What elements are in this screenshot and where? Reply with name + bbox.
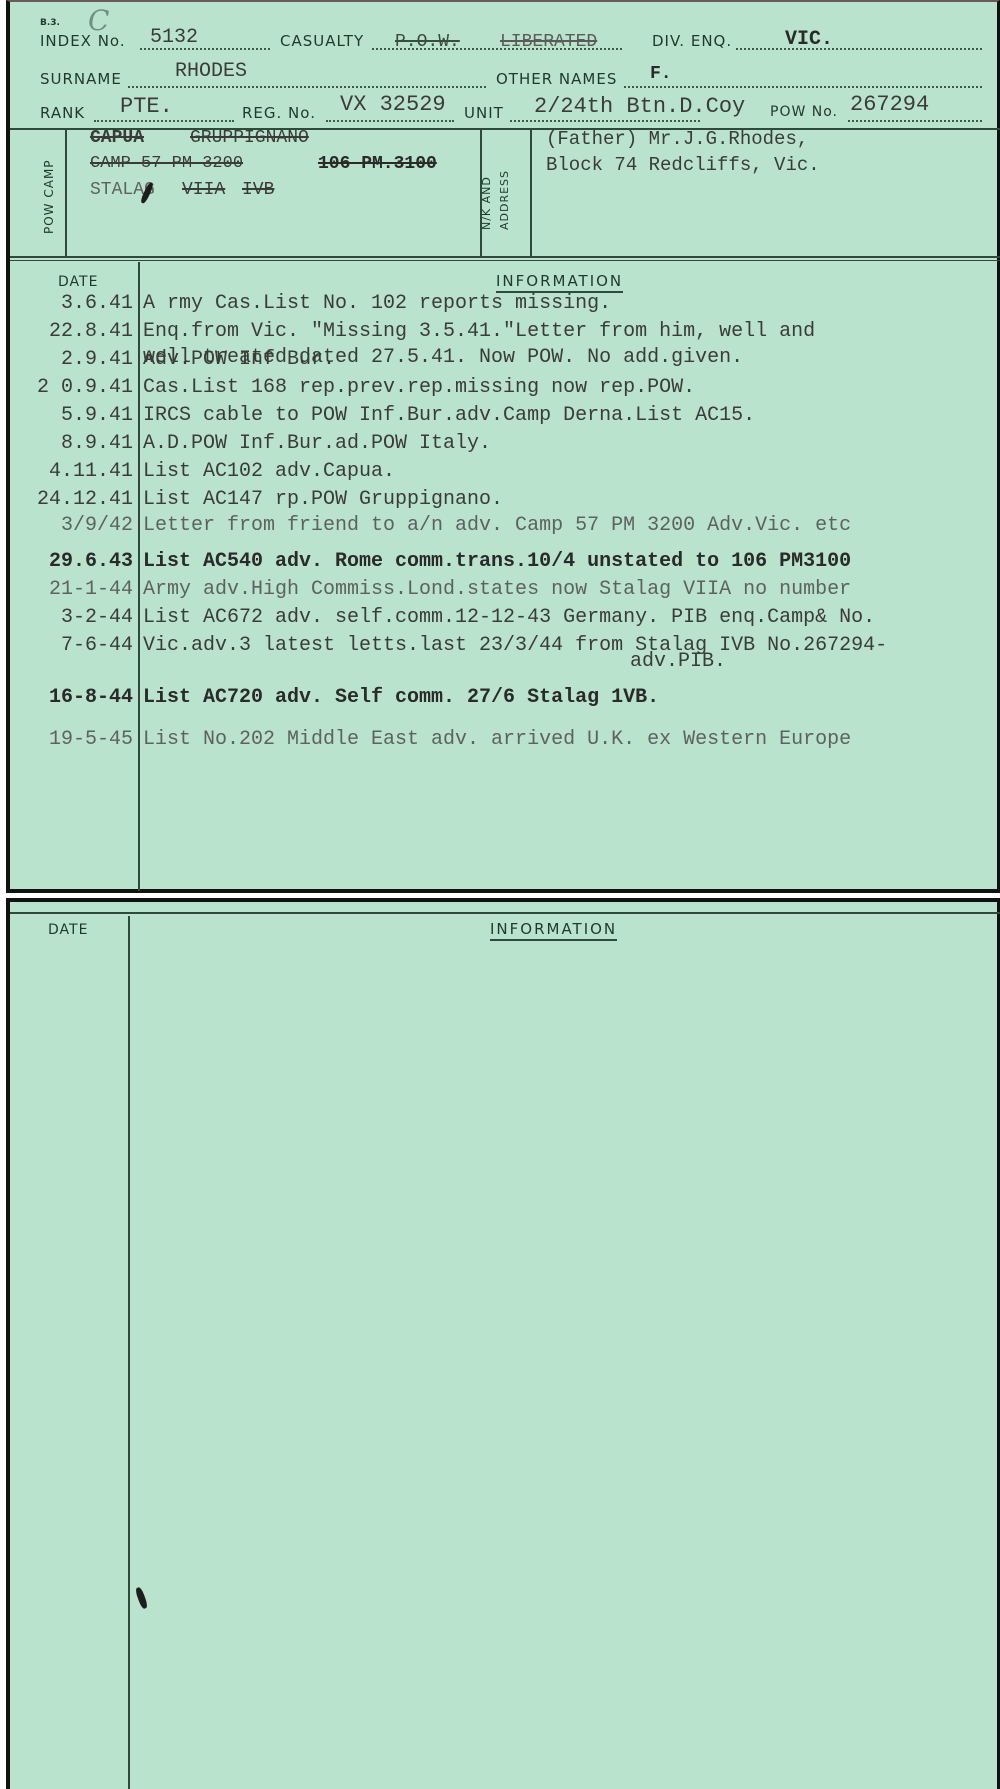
entry-info: Enq.from Vic. "Missing 3.5.41."Letter fr… (143, 320, 815, 343)
pow-no-value: 267294 (850, 92, 929, 117)
camp-capua: CAPUA (90, 128, 144, 148)
surname-label: SURNAME (40, 70, 122, 88)
entry-info: List AC720 adv. Self comm. 27/6 Stalag 1… (143, 686, 659, 709)
unit-value: 2/24th Btn.D.Coy (534, 94, 745, 119)
nok-line-2: Block 74 Redcliffs, Vic. (546, 154, 820, 176)
entry-date: 16-8-44 (10, 686, 133, 709)
entry-info: A.D.POW Inf.Bur.ad.POW Italy. (143, 432, 491, 455)
entry-info: List No.202 Middle East adv. arrived U.K… (143, 728, 851, 751)
ink-mark (134, 1586, 148, 1609)
entry-date: 4.11.41 (10, 460, 133, 483)
back-information-header: INFORMATION (490, 920, 617, 941)
casualty-label: CASUALTY (280, 32, 364, 50)
reg-no-value: VX 32529 (340, 92, 446, 117)
div-enq-label: DIV. ENQ. (652, 32, 732, 50)
date-header: DATE (58, 274, 98, 290)
entry-info: IRCS cable to POW Inf.Bur.adv.Camp Derna… (143, 404, 755, 427)
pow-camp-label: POW CAMP (42, 159, 56, 234)
other-names-value: F. (650, 64, 672, 84)
entry-info: List AC102 adv.Capua. (143, 460, 395, 483)
rank-label: RANK (40, 104, 85, 122)
entry-date: 3.6.41 (10, 292, 133, 315)
entry-date: 5.9.41 (10, 404, 133, 427)
entry-info: Vic.adv.3 latest letts.last 23/3/44 from… (143, 634, 887, 657)
index-no-label: INDEX No. (40, 32, 126, 50)
camp-stalag-viia: VIIA (182, 180, 225, 200)
camp-stalag-ivb: IVB (242, 180, 274, 200)
camp-57-pm-3200: CAMP 57 PM 3200 (90, 154, 243, 173)
entry-date: 22.8.41 (10, 320, 133, 343)
back-date-header: DATE (48, 922, 88, 938)
form-code: B.3. (40, 18, 60, 28)
casualty-value-struck: P.O.W. (395, 32, 460, 52)
entry-info: Cas.List 168 rep.prev.rep.missing now re… (143, 376, 695, 399)
rank-value: PTE. (120, 94, 173, 119)
surname-value: RHODES (175, 60, 247, 83)
entry-info: Army adv.High Commiss.Lond.states now St… (143, 578, 851, 601)
entry-info: List AC540 adv. Rome comm.trans.10/4 uns… (143, 550, 851, 573)
entry-info: List AC147 rp.POW Gruppignano. (143, 488, 503, 511)
record-card-front: B.3. C INDEX No. 5132 CASUALTY P.O.W. LI… (6, 0, 1000, 893)
nok-line-1: (Father) Mr.J.G.Rhodes, (546, 128, 808, 150)
entry-date: 19-5-45 (10, 728, 133, 751)
nk-and-label: N/K AND (480, 176, 493, 230)
information-header: INFORMATION (496, 272, 623, 293)
entry-info: List AC672 adv. self.comm.12-12-43 Germa… (143, 606, 875, 629)
entry-date: 3/9/42 (10, 514, 133, 537)
entry-info-continued: adv.PIB. (630, 650, 726, 673)
entry-date: 29.6.43 (10, 550, 133, 573)
pow-no-label: POW No. (770, 104, 838, 120)
address-label: ADDRESS (498, 170, 511, 230)
other-names-label: OTHER NAMES (496, 70, 617, 88)
record-card-back: DATE INFORMATION (6, 898, 1000, 1789)
camp-gruppignano: GRUPPIGNANO (190, 128, 309, 148)
entry-date: 2 0.9.41 (10, 376, 133, 399)
entry-info: Letter from friend to a/n adv. Camp 57 P… (143, 514, 851, 537)
entry-date: 7-6-44 (10, 634, 133, 657)
entry-date: 24.12.41 (10, 488, 133, 511)
reg-no-label: REG. No. (242, 104, 316, 122)
entry-date: 3-2-44 (10, 606, 133, 629)
entry-date: 2.9.41 (10, 348, 133, 371)
entry-info: Adv.POW Inf Bur. (143, 348, 335, 371)
index-no-value: 5132 (150, 26, 198, 49)
entry-info: A rmy Cas.List No. 102 reports missing. (143, 292, 611, 315)
unit-label: UNIT (464, 104, 504, 122)
entry-date: 21-1-44 (10, 578, 133, 601)
camp-106-pm-3100: 106 PM.3100 (318, 154, 437, 174)
div-enq-value: VIC. (785, 28, 833, 51)
casualty-liberated-struck: LIBERATED (500, 32, 597, 52)
entry-date: 8.9.41 (10, 432, 133, 455)
